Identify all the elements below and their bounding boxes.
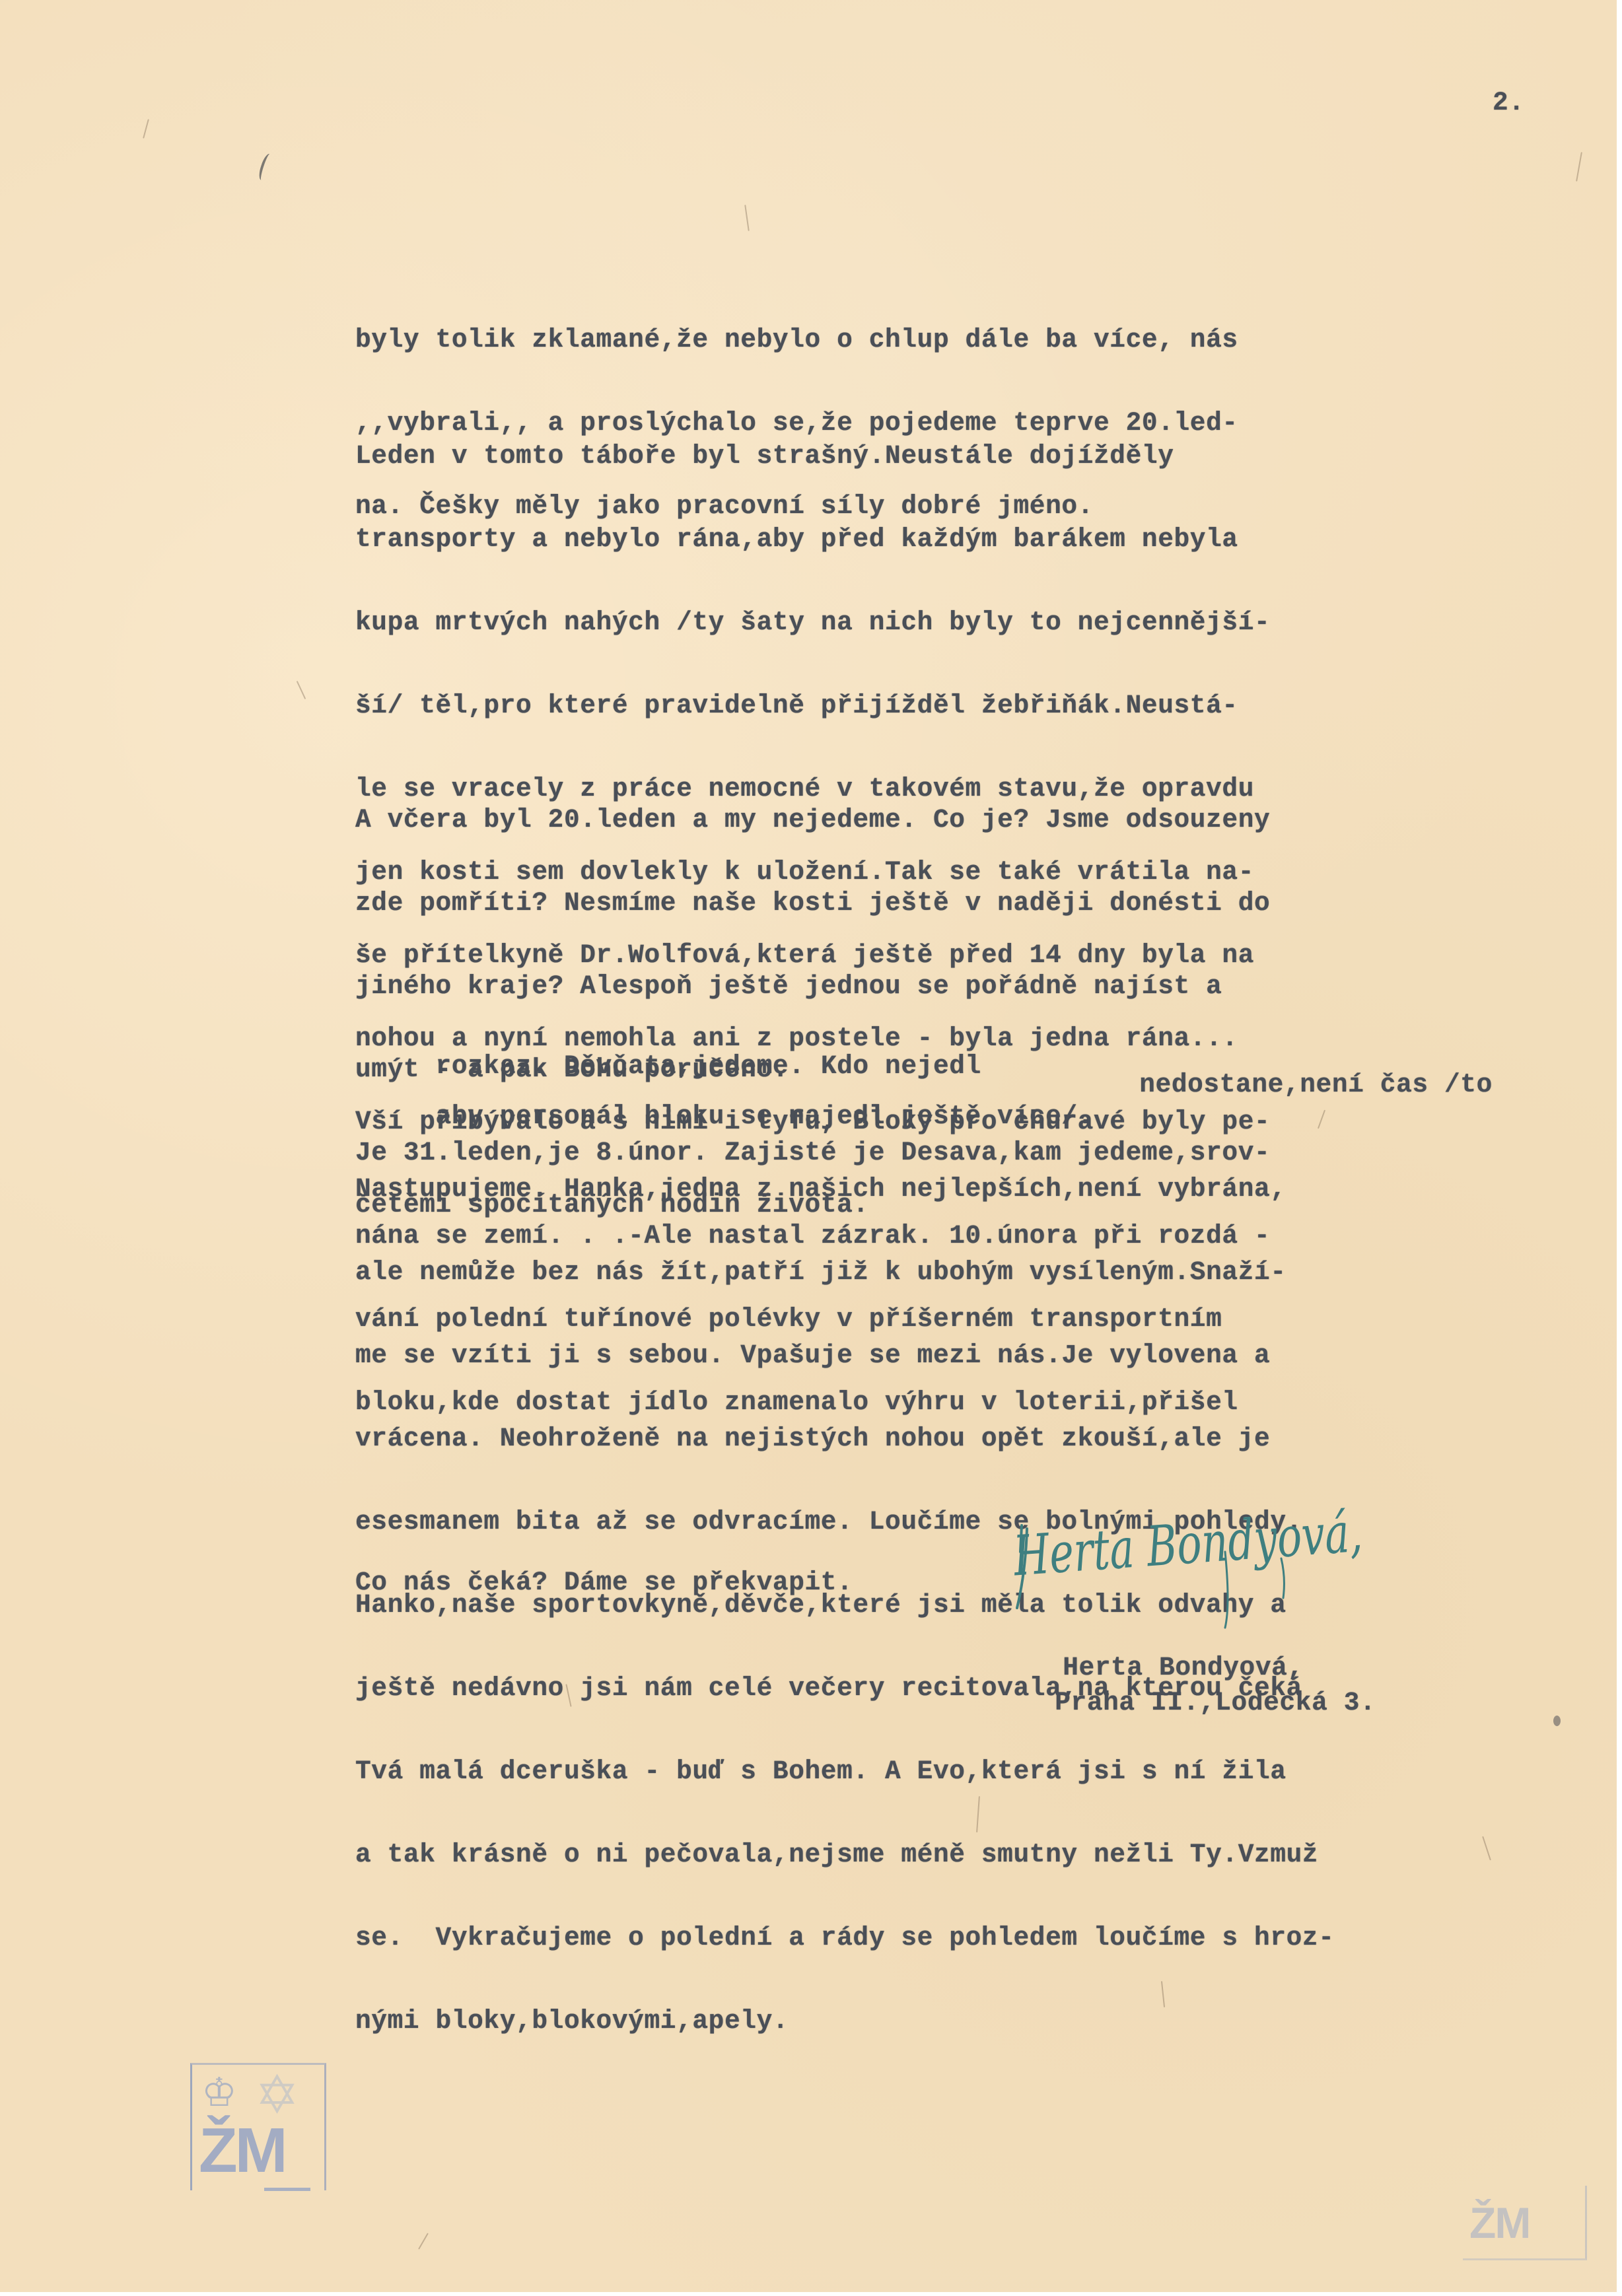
stamp-underline [264, 2188, 310, 2191]
typed-address-text: Praha II.,Lodecká 3. [1055, 1688, 1376, 1718]
typed-address: Praha II.,Lodecká 3. [991, 1661, 1376, 1745]
text-line: Nastupujeme. Hanka,jedna z našich nejlep… [355, 1175, 1335, 1203]
page-number: 2. [1493, 89, 1525, 117]
text-line: me se vzíti ji s sebou. Vpašuje se mezi … [355, 1342, 1335, 1370]
text-line: nedostane,není čas /to [1139, 1070, 1493, 1099]
paper-fiber [418, 2233, 429, 2249]
text-line: A včera byl 20.leden a my nejedeme. Co j… [355, 806, 1270, 834]
text-line: ší/ těl,pro které pravidelně přijížděl ž… [355, 692, 1270, 720]
archive-stamp: ♔ ✡ ŽM [190, 2063, 326, 2190]
handwritten-signature: Herta Bondyová, [1014, 1512, 1324, 1644]
text-line: Co nás čeká? Dáme se překvapit. [355, 1569, 853, 1597]
ink-mark [257, 153, 274, 182]
paper-fiber [1576, 152, 1582, 182]
text-line: a tak krásně o ni pečovala,nejsme méně s… [355, 1841, 1335, 1869]
text-line: kupa mrtvých nahých /ty šaty na nich byl… [355, 609, 1270, 637]
text-line: ale nemůže bez nás žít,patří již k ubohý… [355, 1259, 1335, 1286]
star-of-david-icon: ✡ [255, 2069, 299, 2122]
text-line: jiného kraje? Alespoň ještě jednou se po… [355, 973, 1270, 1000]
text-line: Leden v tomto táboře byl strašný.Neustál… [355, 442, 1270, 470]
document-page: 2. byly tolik zklamané,že nebylo o chlup… [0, 0, 1617, 2292]
misaligned-line-a-tail: nedostane,není čas /to [1075, 1043, 1493, 1127]
stamp-letters: ŽM [199, 2119, 285, 2182]
paragraph-6: Co nás čeká? Dáme se překvapit. [355, 1513, 853, 1652]
crown-icon: ♔ [201, 2073, 237, 2112]
text-line: nými bloky,blokovými,apely. [355, 2007, 1335, 2035]
text-line: transporty a nebylo rána,aby před každým… [355, 526, 1270, 553]
paper-fiber [143, 119, 149, 138]
ink-dot [1553, 1716, 1561, 1726]
text-line: zde pomříti? Nesmíme naše kosti ještě v … [355, 889, 1270, 917]
text-line: Tvá malá dceruška - buď s Bohem. A Evo,k… [355, 1758, 1335, 1786]
text-line: se. Vykračujeme o polední a rády se pohl… [355, 1924, 1335, 1952]
faint-stamp: ŽM [1463, 2186, 1587, 2260]
paper-fiber [297, 681, 306, 699]
paper-fiber [1482, 1836, 1491, 1861]
paper-fiber [744, 205, 750, 231]
faint-stamp-letters: ŽM [1469, 2198, 1530, 2248]
text-line: byly tolik zklamané,že nebylo o chlup dá… [355, 326, 1238, 354]
text-line: vrácena. Neohroženě na nejistých nohou o… [355, 1425, 1335, 1453]
